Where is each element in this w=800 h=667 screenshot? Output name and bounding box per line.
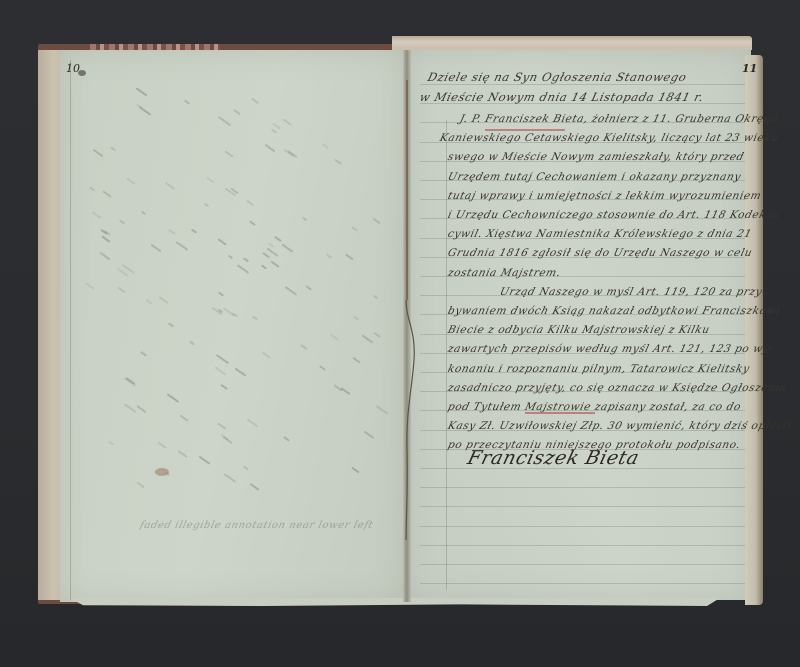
record-entry-line: Kasy Zł. Uzwiłowskiej Złp. 30 wymienić, … [447, 420, 797, 432]
record-entry-line: Grudnia 1816 zgłosił się do Urzędu Nasze… [447, 247, 754, 259]
record-entry-line: zostania Majstrem. [447, 267, 563, 279]
binding-thread-loose [398, 300, 422, 540]
right-page-margin-line [446, 120, 447, 590]
record-entry-line: tutaj wprawy i umiejętności z lekkim wyr… [447, 190, 763, 202]
record-entry-line: zasadniczo przyjęty, co się oznacza w Ks… [447, 382, 788, 394]
record-entry-line: i Urzędu Cechowniczego stosownie do Art.… [447, 209, 782, 221]
faint-annotation: faded illegible annotation near lower le… [139, 520, 375, 531]
left-page-margin-line [70, 60, 71, 600]
red-underline-fee [525, 412, 595, 414]
ruled-line [420, 564, 745, 565]
page-bottom-edge [70, 598, 720, 606]
record-entry-line: Urząd Naszego w myśl Art. 119, 120 za pr… [499, 286, 768, 298]
record-entry-line: Biecie z odbycia Kilku Majstrowskiej z K… [447, 324, 712, 336]
record-entry-line: cywil. Xięstwa Namiestnika Królewskiego … [447, 228, 754, 240]
record-entry-line: Urzędem tutaj Cechowaniem i okazany przy… [447, 171, 743, 183]
record-entry-line: swego w Mieście Nowym zamieszkały, który… [447, 151, 746, 163]
record-entry-line: bywaniem dwóch Ksiąg nakazał odbytkowi F… [447, 305, 782, 317]
signature: Franciszek Bieta [465, 447, 641, 469]
right-page-number: 11 [742, 62, 757, 75]
ruled-line [420, 506, 745, 507]
ruled-line [420, 526, 745, 527]
record-entry-line: Kaniewskiego Cetawskiego Kielitsky, licz… [439, 132, 781, 144]
ruled-line [420, 545, 745, 546]
page-stack-top-edge [392, 36, 752, 50]
ruled-line [420, 84, 745, 85]
record-entry-line: konaniu i rozpoznaniu pilnym, Tatarowicz… [447, 363, 751, 375]
stain-mark [155, 468, 169, 476]
ruled-line [420, 487, 745, 488]
red-underline-name [485, 129, 565, 131]
ruled-line [420, 583, 745, 584]
record-entry-line: zawartych przepisów według myśl Art. 121… [447, 343, 776, 355]
record-heading-line-1: Dziele się na Syn Ogłoszenia Stanowego [426, 70, 688, 84]
book-photo: 10 faded illegible annotation near lower… [0, 0, 800, 667]
record-entry-line: J. P. Franciszek Bieta, żołnierz z 11. G… [459, 113, 780, 125]
binding-thread [406, 80, 408, 300]
ink-blot [78, 70, 86, 76]
record-heading-line-2: w Mieście Nowym dnia 14 Listopada 1841 r… [418, 90, 705, 104]
